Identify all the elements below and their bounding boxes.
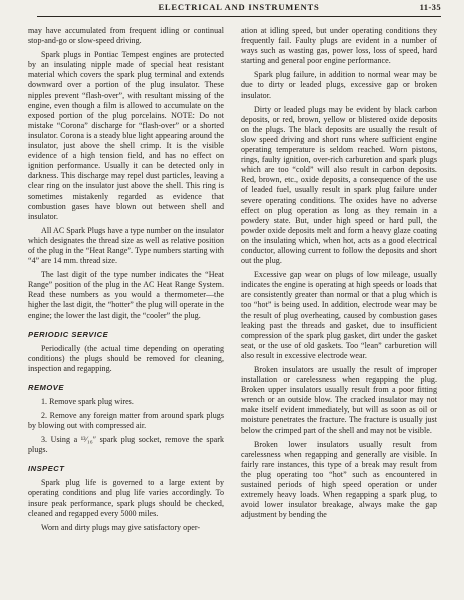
body-paragraph: ation at idling speed, but under operati…	[241, 26, 437, 66]
page-title: ELECTRICAL AND INSTRUMENTS	[37, 2, 441, 12]
body-paragraph: Dirty or leaded plugs may be evident by …	[241, 105, 437, 267]
left-column: may have accumulated from frequent idlin…	[28, 26, 224, 537]
body-paragraph: The last digit of the type number indica…	[28, 270, 224, 320]
page-number: 11-35	[420, 2, 441, 12]
body-paragraph: Worn and dirty plugs may give satisfacto…	[28, 523, 224, 533]
section-heading: INSPECT	[28, 464, 224, 473]
manual-page: ELECTRICAL AND INSTRUMENTS 11-35 may hav…	[0, 0, 464, 600]
body-paragraph: Spark plug life is governed to a large e…	[28, 478, 224, 518]
body-paragraph: Excessive gap wear on plugs of low milea…	[241, 270, 437, 361]
body-paragraph: Broken lower insulators usually result f…	[241, 440, 437, 521]
right-column: ation at idling speed, but under operati…	[241, 26, 437, 537]
section-heading: REMOVE	[28, 383, 224, 392]
body-paragraph: Spark plugs in Pontiac Tempest engines a…	[28, 50, 224, 222]
body-paragraph: All AC Spark Plugs have a type number on…	[28, 226, 224, 266]
running-header: ELECTRICAL AND INSTRUMENTS 11-35	[37, 0, 441, 17]
section-heading: PERIODIC SERVICE	[28, 330, 224, 339]
body-paragraph: 3. Using a ¹³⁄₁₆″ spark plug socket, rem…	[28, 435, 224, 455]
body-paragraph: may have accumulated from frequent idlin…	[28, 26, 224, 46]
body-paragraph: Broken insulators are usually the result…	[241, 365, 437, 436]
text-columns: may have accumulated from frequent idlin…	[0, 17, 464, 537]
body-paragraph: Spark plug failure, in addition to norma…	[241, 70, 437, 100]
body-paragraph: Periodically (the actual time depending …	[28, 344, 224, 374]
body-paragraph: 2. Remove any foreign matter from around…	[28, 411, 224, 431]
body-paragraph: 1. Remove spark plug wires.	[28, 397, 224, 407]
